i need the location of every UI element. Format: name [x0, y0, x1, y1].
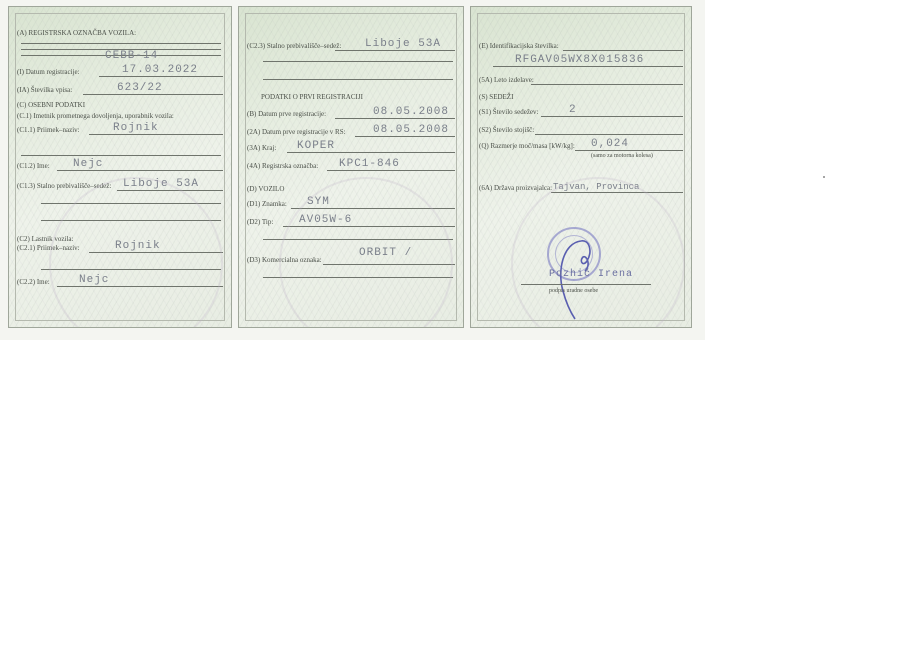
rule [21, 155, 221, 156]
rule [575, 150, 683, 151]
value-owner-surname: Rojnik [115, 240, 161, 252]
label-place: (3A) Kraj: [247, 144, 276, 152]
panel-registration-data: (C2.3) Stalno prebivališče–sedež: Liboje… [238, 6, 464, 328]
rule [535, 134, 683, 135]
field-power-weight: (Q) Razmerje moč/masa [kW/kg]: 0,024 [479, 137, 683, 153]
field-holder-surname: (C1.1) Priimek–naziv: Rojnik [17, 121, 223, 137]
field-holder-name: (C1.2) Ime: Nejc [17, 157, 223, 173]
field-standing-count: (S2) Število stojišč: [479, 121, 683, 137]
section-seats: (S) SEDEŽI [479, 93, 513, 101]
label-power-weight: (Q) Razmerje moč/masa [kW/kg]: [479, 142, 575, 150]
field-make: (D1) Znamka: SYM [247, 195, 455, 211]
panel-owner-data: (A) REGISTRSKA OZNAČBA VOZILA: CEBB-14 (… [8, 6, 232, 328]
label-registration-mark: (A) REGISTRSKA OZNAČBA VOZILA: [17, 29, 136, 37]
label-entry-number: (IA) Številka vpisa: [17, 86, 72, 94]
rule [57, 286, 223, 287]
field-vin-value: RFGAV05WX8X015836 [479, 53, 683, 69]
value-previous-plate: KPC1-846 [339, 158, 400, 170]
rule [263, 79, 453, 80]
rule [493, 66, 683, 67]
rule [335, 50, 455, 51]
rule [291, 208, 455, 209]
label-seat-count: (S1) Število sedežev: [479, 108, 539, 116]
field-holder-address: (C1.3) Stalno prebivališče–sedež: Liboje… [17, 177, 223, 193]
field-seat-count: (S1) Število sedežev: 2 [479, 103, 683, 119]
rule [263, 239, 453, 240]
rule [83, 94, 223, 95]
rule [563, 50, 683, 51]
value-commercial-name: ORBIT / [359, 247, 412, 259]
rule [89, 134, 223, 135]
panel-vehicle-data: (E) Identifikacijska številka: RFGAV05WX… [470, 6, 692, 328]
value-registration-mark: CEBB-14 [105, 50, 158, 62]
label-owner-name: (C2.2) Ime: [17, 278, 50, 286]
field-year: (5A) Leto izdelave: [479, 71, 683, 87]
value-entry-number: 623/22 [117, 82, 163, 94]
rule [263, 277, 453, 278]
value-holder-address: Liboje 53A [123, 178, 199, 190]
label-owner-address: (C2.3) Stalno prebivališče–sedež: [247, 42, 341, 50]
value-registration-date: 17.03.2022 [122, 64, 198, 76]
label-previous-plate: (4A) Registrska označba: [247, 162, 318, 170]
label-standing-count: (S2) Število stojišč: [479, 126, 534, 134]
value-first-registration-date: 08.05.2008 [373, 106, 449, 118]
label-official-signature: podpis uradne osebe [549, 288, 598, 294]
label-type: (D2) Tip: [247, 218, 273, 226]
rule [355, 136, 455, 137]
rule [283, 226, 455, 227]
value-owner-name: Nejc [79, 274, 109, 286]
label-vin: (E) Identifikacijska številka: [479, 42, 559, 50]
label-holder-address: (C1.3) Stalno prebivališče–sedež: [17, 182, 111, 190]
rule [263, 61, 453, 62]
rule [541, 116, 683, 117]
rule [335, 118, 455, 119]
rule [327, 170, 455, 171]
label-holder-surname: (C1.1) Priimek–naziv: [17, 126, 80, 134]
section-first-registration: PODATKI O PRVI REGISTRACIJI [261, 93, 363, 101]
field-first-registration-rs: (2A) Datum prve registracije v RS: 08.05… [247, 123, 455, 139]
field-commercial-name: (D3) Komercialna oznaka: ORBIT / [247, 251, 455, 267]
field-owner-name: (C2.2) Ime: Nejc [17, 273, 223, 289]
field-vin: (E) Identifikacijska številka: [479, 37, 683, 53]
rule [89, 252, 223, 253]
field-entry-number: (IA) Številka vpisa: 623/22 [17, 81, 223, 97]
section-vehicle: (D) VOZILO [247, 185, 284, 193]
signature-line [521, 284, 651, 285]
note-motorcycles-only: (samo za motorna kolesa) [591, 153, 653, 159]
value-official-name: Pozhič Irena [549, 269, 633, 280]
label-country-of-manufacture: (6A) Država proizvajalca: [479, 184, 552, 192]
label-holder-name: (C1.2) Ime: [17, 162, 50, 170]
field-country-of-manufacture: (6A) Država proizvajalca: Tajvan, Provin… [479, 179, 683, 195]
label-registration-date: (I) Datum registracije: [17, 68, 80, 76]
field-previous-plate: (4A) Registrska označba: KPC1-846 [247, 157, 455, 173]
label-make: (D1) Znamka: [247, 200, 287, 208]
rule [531, 84, 683, 85]
label-commercial-name: (D3) Komercialna oznaka: [247, 256, 322, 264]
rule [551, 192, 683, 193]
field-owner-surname: (C2.1) Priimek–naziv: Rojnik [17, 239, 223, 255]
label-owner-surname: (C2.1) Priimek–naziv: [17, 244, 80, 252]
rule [323, 264, 455, 265]
value-first-registration-rs: 08.05.2008 [373, 124, 449, 136]
value-seat-count: 2 [569, 104, 577, 116]
label-first-registration-rs: (2A) Datum prve registracije v RS: [247, 128, 346, 136]
label-year: (5A) Leto izdelave: [479, 76, 534, 84]
rule [21, 43, 221, 44]
field-owner-address: (C2.3) Stalno prebivališče–sedež: Liboje… [247, 37, 455, 53]
field-first-registration-date: (B) Datum prve registracije: 08.05.2008 [247, 105, 455, 121]
value-type: AV05W-6 [299, 214, 352, 226]
rule [99, 76, 223, 77]
rule [41, 269, 221, 270]
value-place: KOPER [297, 140, 335, 152]
section-personal-data: (C) OSEBNI PODATKI [17, 101, 85, 109]
section-holder: (C.1) Imetnik prometnega dovoljenja, upo… [17, 112, 174, 120]
rule [117, 190, 223, 191]
field-place: (3A) Kraj: KOPER [247, 139, 455, 155]
field-registration-date: (I) Datum registracije: 17.03.2022 [17, 63, 223, 79]
value-country-of-manufacture: Tajvan, Provinca [553, 182, 639, 192]
value-holder-surname: Rojnik [113, 122, 159, 134]
value-holder-name: Nejc [73, 158, 103, 170]
scan-speck [823, 176, 825, 178]
field-type: (D2) Tip: AV05W-6 [247, 213, 455, 229]
value-power-weight: 0,024 [591, 138, 629, 150]
label-first-registration-date: (B) Datum prve registracije: [247, 110, 326, 118]
value-make: SYM [307, 196, 330, 208]
rule [287, 152, 455, 153]
rule [57, 170, 223, 171]
rule [41, 220, 221, 221]
value-owner-address: Liboje 53A [365, 38, 441, 50]
rule [41, 203, 221, 204]
value-vin: RFGAV05WX8X015836 [515, 54, 644, 66]
